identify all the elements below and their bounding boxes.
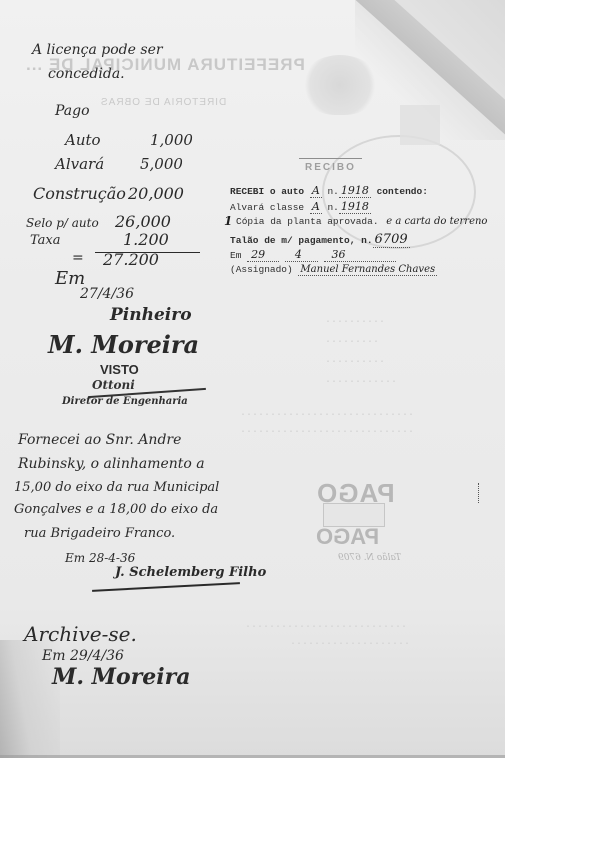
dispatch-line1: Fornecei ao Snr. Andre	[18, 432, 181, 448]
fee-value-alvara: 5,000	[140, 155, 183, 173]
recibo-line3-note: e a carta do terreno	[384, 216, 489, 227]
recibo-date-month: 4	[285, 248, 318, 262]
recibo-line-talao: Talão de m/ pagamento, n.6709	[230, 232, 410, 247]
dispatch-date: Em 28-4-36	[65, 551, 135, 565]
visto-role: Diretor de Engenharia	[62, 396, 188, 407]
recibo-line4-number: 6709	[373, 232, 410, 248]
show-through-text: ..........	[325, 355, 385, 366]
pago-stamp-subtext: Talão N. 6709	[338, 553, 401, 563]
archive-signature: M. Moreira	[52, 664, 191, 690]
fees-heading: Pago	[55, 103, 90, 119]
fee-label-construcao: Construção	[33, 184, 126, 203]
total-prefix: =	[72, 250, 84, 266]
recibo-line1-suffix: contendo:	[377, 186, 428, 197]
recibo-line2-number-prefix: n.	[327, 202, 338, 213]
recibo-line-auto: RECEBI o auto A n.1918 contendo:	[230, 184, 428, 197]
show-through-text: ............	[325, 375, 397, 386]
dispatch-signature: J. Schelemberg Filho	[115, 565, 266, 580]
fee-value-auto: 1,000	[150, 131, 193, 149]
recibo-copy-count: 1	[224, 214, 232, 228]
recibo-date-day: 29	[247, 248, 279, 262]
show-through-text: .............................	[240, 425, 414, 436]
dispatch-line5: rua Brigadeiro Franco.	[24, 526, 175, 541]
recibo-line2-class: A	[310, 200, 322, 214]
recibo-line-copia: Cópia da planta aprovada. e a carta do t…	[236, 216, 489, 227]
recibo-line1-number-prefix: n.	[327, 186, 338, 197]
fee-label-alvara: Alvará	[55, 155, 104, 173]
show-through-text: ....................	[290, 637, 410, 648]
extra-label: Taxa	[30, 233, 61, 248]
recibo-line5-prefix: Em	[230, 250, 241, 261]
show-through-text: .............................	[240, 408, 414, 419]
signature-moreira: M. Moreira	[48, 330, 199, 359]
recibo-line-alvara: Alvará classe A n.1918	[230, 200, 371, 213]
recibo-line4-prefix: Talão de m/ pagamento, n.	[230, 235, 373, 246]
top-note-line1: A licença pode ser	[32, 42, 163, 58]
archive-date: Em 29/4/36	[42, 648, 124, 664]
document-page: PREFEITURA MUNICIPAL DE ... DIRETORIA DE…	[0, 0, 505, 758]
top-note-line2: concedida.	[48, 66, 125, 82]
visto-signature: Ottoni	[92, 378, 135, 392]
subtotal-label: Selo p/ auto	[26, 216, 99, 230]
recibo-line1-class: A	[310, 184, 322, 198]
coat-of-arms-show-through	[300, 55, 380, 115]
dispatch-line2: Rubinsky, o alinhamento a	[18, 456, 205, 472]
recibo-line2-prefix: Alvará classe	[230, 202, 304, 213]
recibo-line-signature: (Assignado) Manuel Fernandes Chaves	[230, 264, 437, 275]
recibo-line-date: Em 29 4 36	[230, 248, 396, 261]
dispatch-line4: Gonçalves e a 18,00 do eixo da	[14, 502, 218, 517]
recibo-line1-number: 1918	[339, 184, 371, 198]
recibo-title: RECIBO	[305, 162, 356, 173]
recibo-date-year: 36	[324, 248, 396, 262]
margin-mark	[478, 483, 480, 503]
recibo-line3-prefix: Cópia da planta aprovada.	[236, 216, 379, 227]
signature-pinheiro: Pinheiro	[110, 305, 192, 325]
pago-stamp-text2: PAGO	[316, 524, 379, 550]
fees-date: 27/4/36	[80, 286, 134, 302]
total-value: 27.200	[103, 250, 159, 269]
pago-stamp: PAGO PAGO Talão N. 6709	[308, 478, 418, 563]
show-through-text: ...........................	[245, 620, 407, 631]
show-through-text: ..........	[325, 315, 385, 326]
archive-note: Archive-se.	[24, 622, 137, 646]
visto-label: VISTO	[100, 362, 139, 377]
show-through-text: .........	[325, 335, 379, 346]
recibo-line2-number: 1918	[339, 200, 371, 214]
dispatch-signature-underline	[92, 582, 240, 592]
dispatch-line3: 15,00 do eixo da rua Municipal	[14, 480, 219, 495]
show-through-subheader: DIRETORIA DE OBRAS	[100, 97, 226, 108]
fee-value-construcao: 20,000	[128, 184, 184, 203]
recibo-signature: Manuel Fernandes Chaves	[298, 264, 437, 276]
extra-value: 1.200	[123, 230, 169, 249]
recibo-line1-prefix: RECEBI o auto	[230, 186, 304, 197]
stamp-show-through	[400, 105, 440, 145]
fee-label-auto: Auto	[65, 131, 101, 149]
recibo-line6-prefix: (Assignado)	[230, 264, 293, 275]
subtotal-value: 26,000	[115, 212, 171, 231]
